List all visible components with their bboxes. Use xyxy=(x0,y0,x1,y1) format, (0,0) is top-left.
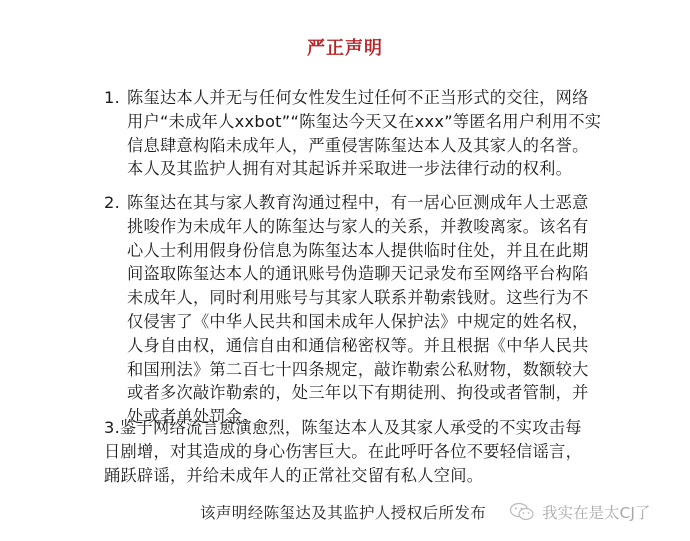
item-number: 2. xyxy=(104,191,127,429)
statement-item-3: 3.鉴于网络流言愈演愈烈，陈玺达本人及其家人承受的不实攻击每日剧增，对其造成的身… xyxy=(104,416,594,487)
watermark-text: 我实在是太CJ了 xyxy=(542,501,650,523)
statement-document: 严正声明 1. 陈玺达本人并无与任何女性发生过任何不正当形式的交往，网络用户“未… xyxy=(0,0,690,541)
watermark: 我实在是太CJ了 xyxy=(509,501,650,523)
authorization-footer: 该声明经陈玺达及其监护人授权后所发布 xyxy=(200,501,486,523)
item-number: 3. xyxy=(104,418,120,437)
document-title: 严正声明 xyxy=(0,34,690,60)
item-text: 陈玺达在其与家人教育沟通过程中，有一居心叵测成年人士恶意挑唆作为未成年人的陈玺达… xyxy=(127,191,604,429)
statement-item-2: 2. 陈玺达在其与家人教育沟通过程中，有一居心叵测成年人士恶意挑唆作为未成年人的… xyxy=(104,191,604,429)
item-text: 鉴于网络流言愈演愈烈，陈玺达本人及其家人承受的不实攻击每日剧增，对其造成的身心伤… xyxy=(104,418,582,485)
item-number: 1. xyxy=(104,86,127,181)
wechat-icon xyxy=(509,502,535,522)
item-text: 陈玺达本人并无与任何女性发生过任何不正当形式的交往，网络用户“未成年人xxbot… xyxy=(127,86,604,181)
statement-item-1: 1. 陈玺达本人并无与任何女性发生过任何不正当形式的交往，网络用户“未成年人xx… xyxy=(104,86,604,181)
